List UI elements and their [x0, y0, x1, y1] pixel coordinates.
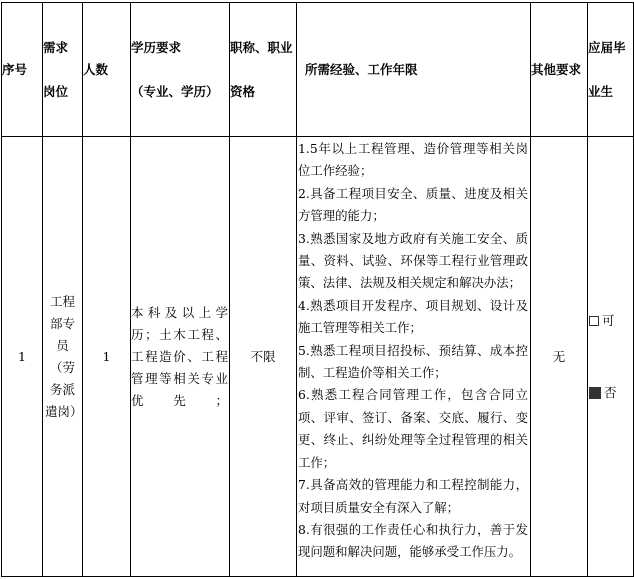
cell-other: 无: [531, 137, 588, 577]
experience-item: 4.熟悉项目开发程序、项目规划、设计及施工管理等相关工作；: [298, 295, 528, 340]
graduate-option-no[interactable]: 否: [589, 382, 633, 404]
header-other: 其他要求: [531, 3, 588, 137]
cell-education: 本科及以上学历；土木工程、工程造价、工程管理等相关专业优先；: [131, 137, 230, 577]
header-graduate: 应届毕 业生: [588, 3, 634, 137]
header-seq: 序号: [2, 3, 43, 137]
experience-item: 5.熟悉工程项目招投标、预结算、成本控制、工程造价等相关工作；: [298, 340, 528, 385]
header-count: 人数: [83, 3, 131, 137]
experience-item: 7.具备高效的管理能力和工程控制能力，对项目质量安全有深入了解；: [298, 474, 528, 519]
checkbox-unchecked-icon[interactable]: [589, 316, 599, 326]
graduate-option-yes[interactable]: 可: [589, 310, 633, 332]
cell-graduate: 可 否: [588, 137, 634, 577]
cell-title: 不限: [230, 137, 297, 577]
option-label: 否: [604, 381, 617, 405]
header-title: 职称、职业 资格: [230, 3, 297, 137]
header-education: 学历要求 （专业、学历）: [131, 3, 230, 137]
cell-post: 工程部专员（劳务派遣岗）: [43, 137, 83, 577]
experience-item: 2.具备工程项目安全、质量、进度及相关方管理的能力；: [298, 183, 528, 228]
option-label: 可: [602, 309, 615, 333]
table-row: 1 工程部专员（劳务派遣岗） 1 本科及以上学历；土木工程、工程造价、工程管理等…: [2, 137, 634, 577]
job-requirements-table: 序号 需求 岗位 人数 学历要求 （专业、学历） 职称、职业 资格 所需经验、工…: [1, 2, 634, 577]
experience-item: 3.熟悉国家及地方政府有关施工安全、质量、资料、试验、环保等工程行业管理政策、法…: [298, 228, 528, 295]
experience-item: 8.有很强的工作责任心和执行力，善于发现问题和解决问题，能够承受工作压力。: [298, 519, 528, 564]
cell-experience: 1.5年以上工程管理、造价管理等相关岗位工作经验； 2.具备工程项目安全、质量、…: [297, 137, 531, 577]
checkbox-checked-icon[interactable]: [589, 387, 601, 399]
header-post: 需求 岗位: [43, 3, 83, 137]
cell-seq: 1: [2, 137, 43, 577]
header-experience: 所需经验、工作年限: [297, 3, 531, 137]
experience-item: 1.5年以上工程管理、造价管理等相关岗位工作经验；: [298, 138, 528, 183]
experience-item: 6.熟悉工程合同管理工作，包含合同立项、评审、签订、备案、交底、履行、变更、终止…: [298, 384, 528, 474]
cell-count: 1: [83, 137, 131, 577]
header-row: 序号 需求 岗位 人数 学历要求 （专业、学历） 职称、职业 资格 所需经验、工…: [2, 3, 634, 137]
